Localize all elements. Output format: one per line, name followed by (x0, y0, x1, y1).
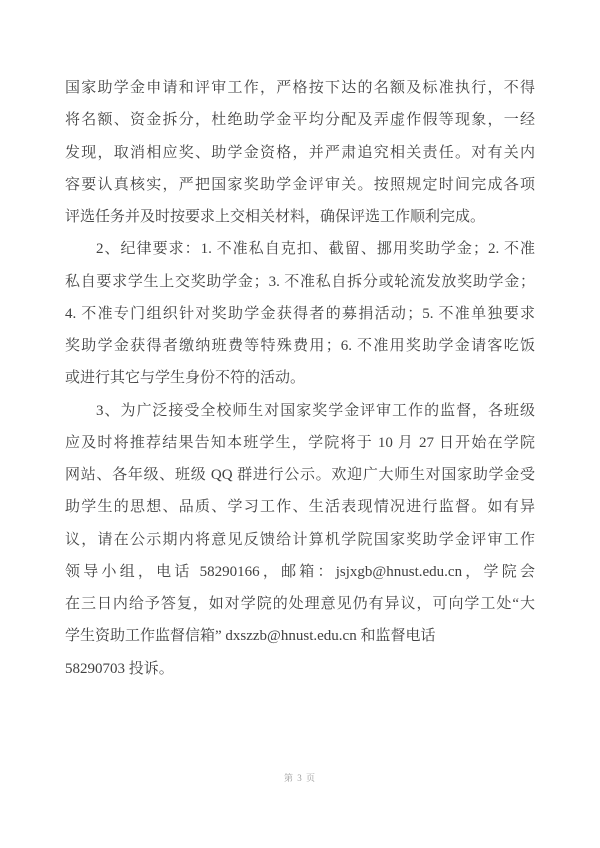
text-line: 2、纪律要求：1. 不准私自克扣、截留、挪用奖助学金；2. 不准 (65, 233, 535, 265)
document-page: 国家助学金申请和评审工作，严格按下达的名额及标准执行，不得 将名额、资金拆分，杜… (0, 0, 600, 848)
text-line: 58290703 投诉。 (65, 653, 535, 685)
text-line: 网站、各年级、班级 QQ 群进行公示。欢迎广大师生对国家助学金受 (65, 459, 535, 491)
text-line: 3、为广泛接受全校师生对国家奖学金评审工作的监督，各班级 (65, 395, 535, 427)
text-line: 私自要求学生上交奖助学金；3. 不准私自拆分或轮流发放奖助学金； (65, 266, 535, 298)
text-line: 奖助学金获得者缴纳班费等特殊费用；6. 不准用奖助学金请客吃饭 (65, 330, 535, 362)
text-line: 将名额、资金拆分，杜绝助学金平均分配及弄虚作假等现象，一经 (65, 104, 535, 136)
document-body: 国家助学金申请和评审工作，严格按下达的名额及标准执行，不得 将名额、资金拆分，杜… (65, 72, 535, 685)
paragraph-1: 国家助学金申请和评审工作，严格按下达的名额及标准执行，不得 将名额、资金拆分，杜… (65, 72, 535, 233)
text-line: 或进行其它与学生身份不符的活动。 (65, 362, 535, 394)
text-line: 评选任务并及时按要求上交相关材料，确保评选工作顺利完成。 (65, 201, 535, 233)
text-line: 容要认真核实，严把国家奖助学金评审关。按照规定时间完成各项 (65, 169, 535, 201)
text-line: 在三日内给予答复，如对学院的处理意见仍有异议，可向学工处“大 (65, 588, 535, 620)
text-line: 4. 不准专门组织针对奖助学金获得者的募捐活动；5. 不准单独要求 (65, 298, 535, 330)
text-line: 助学生的思想、品质、学习工作、生活表现情况进行监督。如有异 (65, 491, 535, 523)
text-line: 学生资助工作监督信箱” dxszzb@hnust.edu.cn 和监督电话 (65, 620, 535, 652)
page-footer: 第 3 页 (0, 774, 600, 783)
text-line: 发现，取消相应奖、助学金资格，并严肃追究相关责任。对有关内 (65, 137, 535, 169)
text-line: 领导小组，电话 58290166，邮箱：jsjxgb@hnust.edu.cn，… (65, 556, 535, 588)
page-number: 第 3 页 (284, 773, 316, 783)
text-line: 议，请在公示期内将意见反馈给计算机学院国家奖助学金评审工作 (65, 524, 535, 556)
text-line: 国家助学金申请和评审工作，严格按下达的名额及标准执行，不得 (65, 72, 535, 104)
paragraph-3: 3、为广泛接受全校师生对国家奖学金评审工作的监督，各班级 应及时将推荐结果告知本… (65, 395, 535, 685)
text-line: 应及时将推荐结果告知本班学生，学院将于 10 月 27 日开始在学院 (65, 427, 535, 459)
paragraph-2: 2、纪律要求：1. 不准私自克扣、截留、挪用奖助学金；2. 不准 私自要求学生上… (65, 233, 535, 394)
